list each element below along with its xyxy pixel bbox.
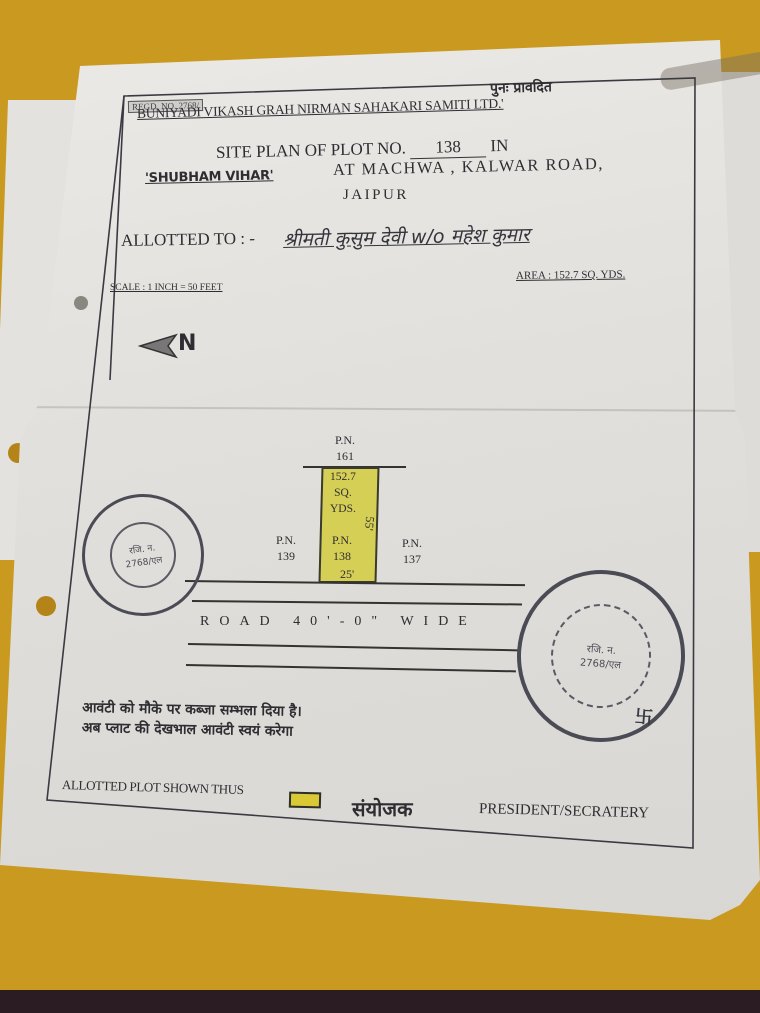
pn-number: 139 bbox=[276, 548, 296, 564]
swastik-icon: 卐 bbox=[634, 703, 654, 730]
pn-number: 161 bbox=[335, 448, 355, 464]
plot-138-label: P.N. 138 bbox=[332, 532, 352, 564]
pn-number: 138 bbox=[332, 548, 352, 564]
possession-note: आवंटी को मौके पर कब्जा सम्भला दिया है। अ… bbox=[82, 698, 323, 742]
allotted-plot-area: 152.7 SQ. YDS. bbox=[330, 469, 356, 517]
area-unit: SQ. bbox=[330, 485, 356, 501]
area-value: 152.7 bbox=[330, 469, 356, 485]
punch-hole bbox=[74, 296, 88, 310]
punch-hole bbox=[36, 596, 56, 616]
stamp-reg-number: 2768/एल bbox=[579, 655, 621, 672]
pn-label: P.N. bbox=[402, 535, 422, 551]
site-plan-in: IN bbox=[490, 136, 508, 155]
legend-swatch bbox=[289, 792, 321, 809]
plot-161-label: P.N. 161 bbox=[335, 432, 355, 464]
road-label: ROAD 40'-0" WIDE bbox=[200, 614, 477, 630]
pn-label: P.N. bbox=[332, 532, 352, 548]
plot-139-label: P.N. 139 bbox=[276, 532, 296, 564]
allotted-to-label: ALLOTTED TO : - bbox=[121, 229, 255, 251]
fold-line bbox=[35, 406, 740, 412]
table-edge bbox=[0, 990, 760, 1013]
colony-name: 'SHUBHAM VIHAR' bbox=[145, 168, 274, 186]
north-label: N bbox=[178, 331, 196, 356]
revalidation-note: पुनः प्रावदित bbox=[490, 77, 552, 98]
pn-label: P.N. bbox=[335, 432, 355, 448]
plot-137-label: P.N. 137 bbox=[402, 535, 422, 567]
scale: SCALE : 1 INCH = 50 FEET bbox=[110, 283, 223, 293]
width-dimension: 25' bbox=[340, 567, 354, 582]
pn-number: 137 bbox=[402, 551, 422, 567]
north-indicator: N bbox=[138, 333, 178, 364]
coordinator-label: संयोजक bbox=[352, 795, 413, 822]
area: AREA : 152.7 SQ. YDS. bbox=[516, 268, 625, 282]
depth-dimension: 55' bbox=[361, 516, 377, 531]
pn-label: P.N. bbox=[276, 532, 296, 548]
area-unit-2: YDS. bbox=[330, 501, 356, 517]
allottee-name: श्रीमती कुसुम देवी w/o महेश कुमार bbox=[283, 221, 530, 252]
city: JAIPUR bbox=[343, 187, 409, 204]
north-arrow-icon bbox=[138, 333, 178, 359]
